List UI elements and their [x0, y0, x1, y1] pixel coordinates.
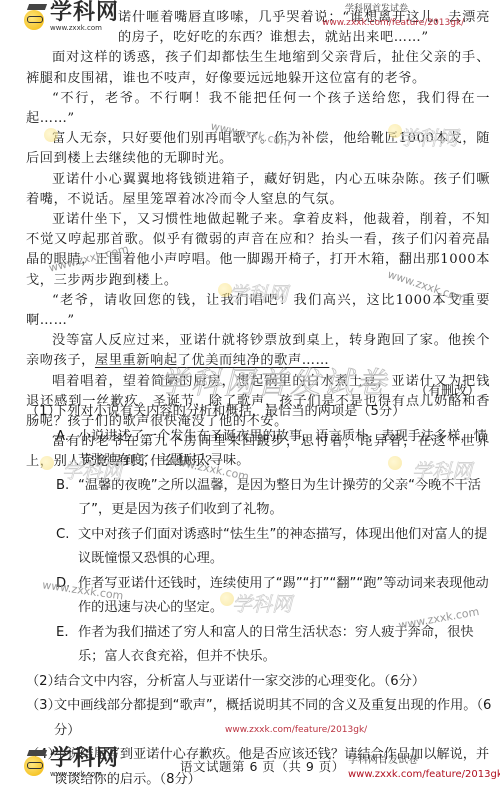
- watermark-link[interactable]: www.zxxk.com/feature/2013gk/: [348, 768, 500, 782]
- option-text: “温馨的夜晚”之所以温馨，是因为整日为生计操劳的父亲“今晚不干活了”，更是因为孩…: [78, 478, 481, 518]
- page-number: 语文试题第 6 页（共 9 页）: [180, 757, 345, 775]
- option-d: D. 作者写亚诺什还钱时，连续使用了“踢”“打”“翻”“跑”等动词来表现他动作的…: [26, 572, 494, 621]
- story-paragraph: 亚诺什小心翼翼地将钱锁进箱子，藏好钥匙，内心五味杂陈。孩子们噘着嘴，不说话。屋里…: [26, 170, 490, 210]
- option-text: 作者写亚诺什还钱时，连续使用了“踢”“打”“翻”“跑”等动词来表现他动作的迅速与…: [78, 576, 489, 616]
- watermark-mascot-icon: [388, 124, 402, 138]
- question-text: 下列对小说有关内容的分析和概括，最恰当的两项是（5分）: [54, 404, 405, 419]
- story-paragraph: 亚诺什坐下，又习惯性地做起靴子来。拿着皮料，他裁着，削着，不知不觉又哼起那首歌。…: [26, 210, 490, 291]
- story-paragraph: 富人无奈，只好要他们别再唱歌了。作为补偿，他给靴匠1000本戈，随后回到楼上去继…: [26, 129, 490, 169]
- watermark-mascot-icon: [40, 456, 54, 470]
- logo-url: www.zxxk.com: [50, 770, 119, 778]
- option-letter: D.: [56, 572, 70, 597]
- question-3: （3） 文中画线部分都提到“歌声”，概括说明其不同的含义及重复出现的作用。（6分…: [26, 694, 494, 743]
- watermark-title: 学科网首发试卷: [348, 754, 500, 768]
- option-letter: B.: [56, 474, 69, 499]
- footer-logo: 学科网 www.zxxk.com: [22, 748, 119, 778]
- watermark-mascot-icon: [220, 592, 234, 606]
- mascot-icon: [22, 748, 48, 776]
- option-text: 文中对孩子们面对诱惑时“怯生生”的神态描写，体现出他们对富人的提议既憧憬又恐惧的…: [78, 527, 487, 567]
- watermark-mascot-icon: [388, 456, 402, 470]
- watermark-mascot-icon: [218, 283, 232, 297]
- story-paragraph: “老爷，请收回您的钱，让我们唱吧！我们高兴，这比1000本戈重要啊……”: [26, 291, 490, 331]
- watermark-mascot-icon: [44, 128, 58, 142]
- option-letter: C.: [56, 523, 69, 548]
- option-letter: A.: [56, 425, 69, 450]
- story-paragraph: 没等富人反应过来，亚诺什就将钞票放到桌上，转身跑回了家。他挨个亲吻孩子，屋里重新…: [26, 331, 490, 371]
- footer-watermark: 学科网首发试卷 www.zxxk.com/feature/2013gk/: [348, 754, 500, 782]
- option-a: A. 小说讲述了一个发生在圣诞夜里的故事，语言质朴，表现手法多样，情节张弛有度，…: [26, 425, 494, 474]
- story-paragraph: 面对这样的诱惑，孩子们却都怯生生地缩到父亲背后，扯住父亲的手、裤腿和皮围裙，谁也…: [26, 48, 490, 88]
- question-number: （1）: [26, 400, 61, 425]
- option-e: E. 作者为我们描述了穷人和富人的日常生活状态：穷人疲于奔命，很快乐；富人衣食充…: [26, 621, 494, 670]
- option-text: 小说讲述了一个发生在圣诞夜里的故事，语言质朴，表现手法多样，情节张弛有度，主题耐…: [78, 429, 487, 469]
- question-2: （2） 结合文中内容，分析富人与亚诺什一家交涉的心理变化。（6分）: [26, 670, 494, 695]
- question-number: （2）: [26, 670, 61, 695]
- question-text: 结合文中内容，分析富人与亚诺什一家交涉的心理变化。（6分）: [54, 674, 425, 689]
- question-number: （3）: [26, 694, 61, 719]
- option-b: B. “温馨的夜晚”之所以温馨，是因为整日为生计操劳的父亲“今晚不干活了”，更是…: [26, 474, 494, 523]
- story-paragraph: 诺什咂着嘴唇直哆嗦，几乎哭着说：“谁想离开这儿，去漂亮的房子，吃好吃的东西？谁想…: [26, 8, 490, 48]
- question-1: （1） 下列对小说有关内容的分析和概括，最恰当的两项是（5分）: [26, 400, 494, 425]
- option-c: C. 文中对孩子们面对诱惑时“怯生生”的神态描写，体现出他们对富人的提议既憧憬又…: [26, 523, 494, 572]
- underlined-passage: 屋里重新响起了优美而纯净的歌声……: [95, 353, 329, 368]
- story-paragraph: “不行，老爷。不行啊！我不能把任何一个孩子送给您，我们得在一起……”: [26, 89, 490, 129]
- watermark-inline-link: www.zxxk.com/feature/2013gk/: [322, 18, 464, 28]
- source-note: （有删改）: [415, 380, 480, 399]
- option-letter: E.: [56, 621, 69, 646]
- option-text: 作者为我们描述了穷人和富人的日常生活状态：穷人疲于奔命，很快乐；富人衣食充裕，但…: [78, 625, 474, 665]
- exam-page: 学科网 www.zxxk.com 学科网首发试卷 诺什咂着嘴唇直哆嗦，几乎哭着说…: [0, 0, 500, 789]
- logo-brand: 学科网: [50, 748, 119, 770]
- watermark-inline-link: www.zxxk.com/feature/2013gk/: [225, 725, 367, 735]
